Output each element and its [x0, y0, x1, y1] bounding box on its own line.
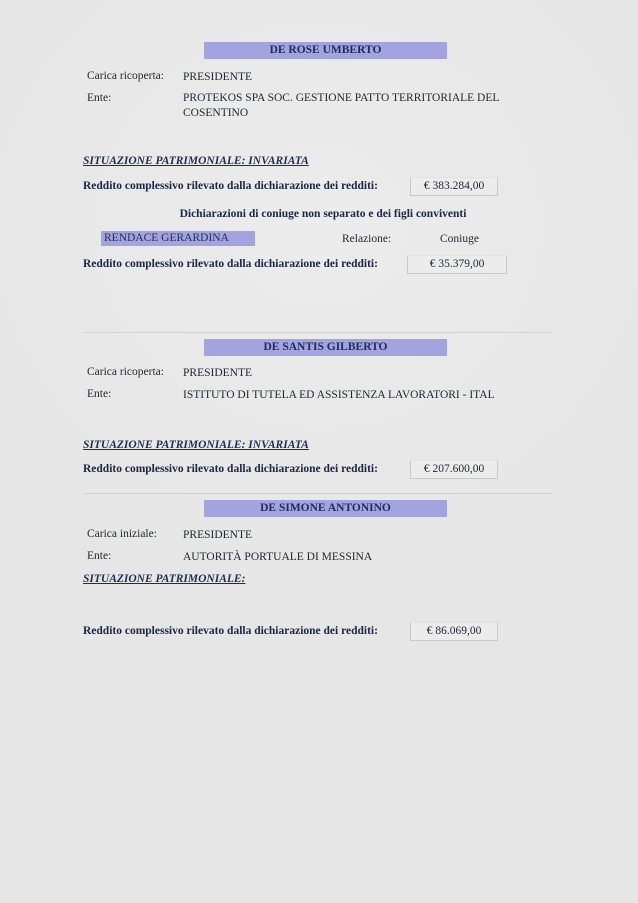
person-name-header: DE SIMONE ANTONINO	[204, 500, 447, 517]
asset-situation-heading: SITUAZIONE PATRIMONIALE: INVARIATA	[83, 155, 309, 167]
income-value: € 86.069,00	[410, 622, 498, 641]
income-value: € 207.600,00	[410, 460, 498, 479]
income-label: Reddito complessivo rilevato dalla dichi…	[83, 625, 378, 637]
entity-value-line1: PROTEKOS SPA SOC. GESTIONE PATTO TERRITO…	[183, 91, 499, 106]
entity-label: Ente:	[87, 92, 111, 104]
section-divider	[83, 493, 553, 494]
entity-label: Ente:	[87, 388, 111, 400]
role-value: PRESIDENTE	[183, 528, 252, 543]
relation-value: Coniuge	[440, 233, 479, 245]
role-value: PRESIDENTE	[183, 70, 252, 85]
entity-value-line2: COSENTINO	[183, 106, 248, 121]
family-income-label: Reddito complessivo rilevato dalla dichi…	[83, 258, 378, 270]
role-label: Carica ricoperta:	[87, 70, 164, 82]
family-member-name: RENDACE GERARDINA	[101, 231, 255, 246]
family-declarations-title: Dichiarazioni di coniuge non separato e …	[83, 208, 563, 220]
person-name-header: DE ROSE UMBERTO	[204, 42, 447, 59]
role-label: Carica iniziale:	[87, 528, 157, 540]
entity-value-line1: ISTITUTO DI TUTELA ED ASSISTENZA LAVORAT…	[183, 388, 495, 403]
relation-label: Relazione:	[342, 233, 391, 245]
income-label: Reddito complessivo rilevato dalla dichi…	[83, 463, 378, 475]
section-divider	[83, 332, 553, 333]
asset-situation-heading: SITUAZIONE PATRIMONIALE:	[83, 573, 245, 585]
asset-situation-heading: SITUAZIONE PATRIMONIALE: INVARIATA	[83, 439, 309, 451]
income-value: € 383.284,00	[410, 177, 498, 196]
entity-value-line1: AUTORITÀ PORTUALE DI MESSINA	[183, 550, 372, 565]
income-label: Reddito complessivo rilevato dalla dichi…	[83, 180, 378, 192]
role-value: PRESIDENTE	[183, 366, 252, 381]
person-name-header: DE SANTIS GILBERTO	[204, 339, 447, 356]
family-income-value: € 35.379,00	[407, 255, 507, 274]
role-label: Carica ricoperta:	[87, 366, 164, 378]
entity-label: Ente:	[87, 550, 111, 562]
